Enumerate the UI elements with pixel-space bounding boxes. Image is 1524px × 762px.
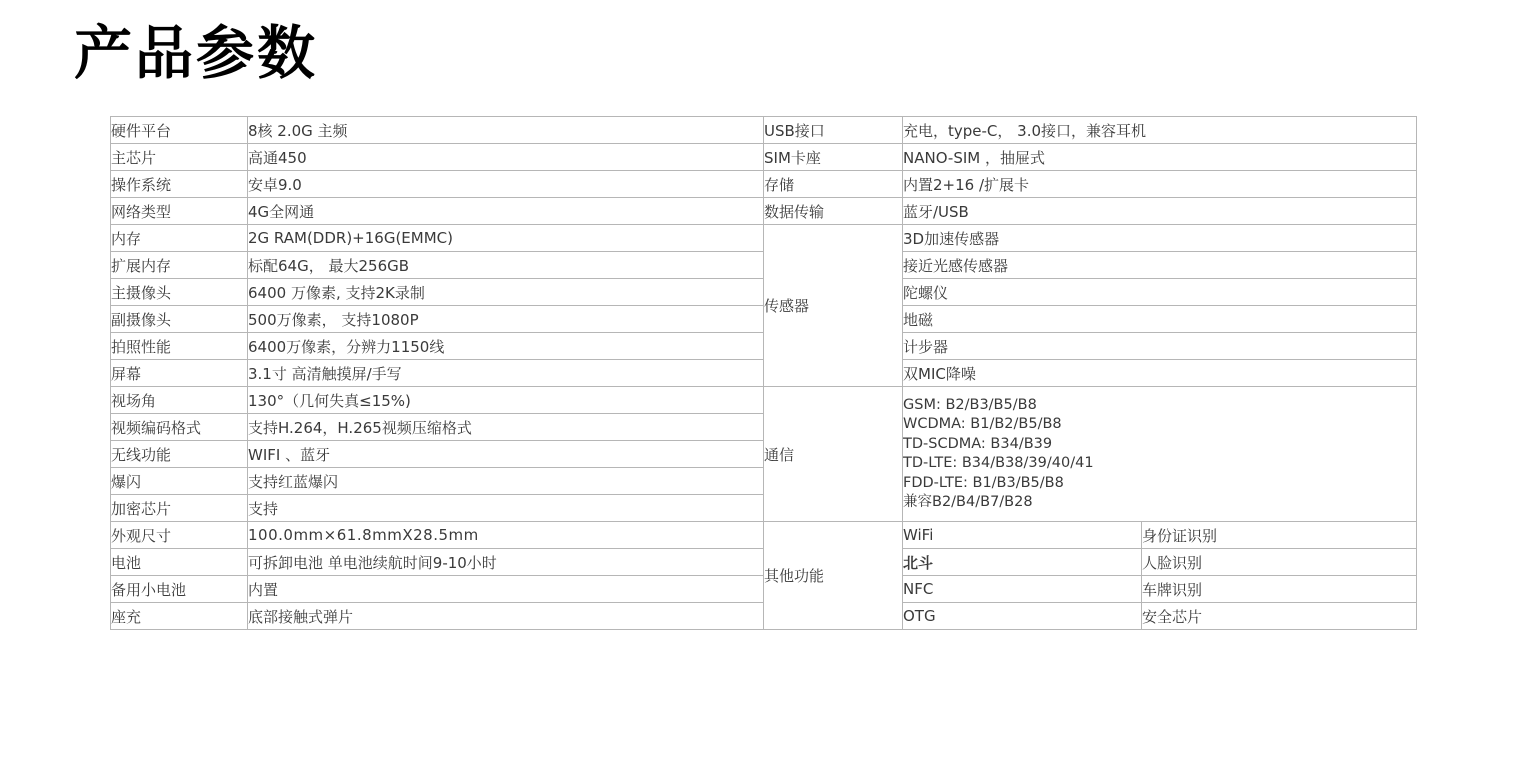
spec-value: 8核 2.0G 主频 — [248, 117, 764, 144]
table-row: 内存 2G RAM(DDR)+16G(EMMC) 传感器 3D加速传感器 — [111, 225, 1417, 252]
sensor-value: 双MIC降噪 — [903, 360, 1417, 387]
spec-label: USB接口 — [764, 117, 903, 144]
spec-value: 130°（几何失真≤15%) — [248, 387, 764, 414]
spec-label: 主摄像头 — [111, 279, 248, 306]
spec-value: 可拆卸电池 单电池续航时间9-10小时 — [248, 549, 764, 576]
other-group-label: 其他功能 — [764, 522, 903, 630]
spec-value: 支持 — [248, 495, 764, 522]
comm-band-line: GSM: B2/B3/B5/B8 — [903, 396, 1416, 416]
spec-label: 视频编码格式 — [111, 414, 248, 441]
spec-label: 硬件平台 — [111, 117, 248, 144]
spec-label: 备用小电池 — [111, 576, 248, 603]
table-row: 主芯片 高通450 SIM卡座 NANO-SIM ，抽屉式 — [111, 144, 1417, 171]
spec-value: 6400万像素，分辨力1150线 — [248, 333, 764, 360]
spec-value: WIFI 、蓝牙 — [248, 441, 764, 468]
comm-bands: GSM: B2/B3/B5/B8 WCDMA: B1/B2/B5/B8 TD-S… — [903, 387, 1417, 522]
other-function: 车牌识别 — [1142, 576, 1417, 603]
spec-value: 安卓9.0 — [248, 171, 764, 198]
spec-value: 充电，type-C， 3.0接口，兼容耳机 — [903, 117, 1417, 144]
spec-value: 底部接触式弹片 — [248, 603, 764, 630]
spec-value: 内置 — [248, 576, 764, 603]
spec-value: 100.0mm×61.8mmX28.5mm — [248, 522, 764, 549]
spec-table: 硬件平台 8核 2.0G 主频 USB接口 充电，type-C， 3.0接口，兼… — [110, 116, 1417, 630]
spec-label: 加密芯片 — [111, 495, 248, 522]
spec-value: 500万像素， 支持1080P — [248, 306, 764, 333]
comm-band-line: TD-LTE: B34/B38/39/40/41 — [903, 454, 1416, 474]
sensor-value: 3D加速传感器 — [903, 225, 1417, 252]
comm-group-label: 通信 — [764, 387, 903, 522]
sensor-value: 计步器 — [903, 333, 1417, 360]
spec-value: 内置2+16 /扩展卡 — [903, 171, 1417, 198]
other-feature: WiFi — [903, 522, 1142, 549]
spec-label: 拍照性能 — [111, 333, 248, 360]
spec-label: 电池 — [111, 549, 248, 576]
spec-value: 支持H.264，H.265视频压缩格式 — [248, 414, 764, 441]
sensor-value: 陀螺仪 — [903, 279, 1417, 306]
spec-label: 扩展内存 — [111, 252, 248, 279]
spec-label: 副摄像头 — [111, 306, 248, 333]
other-feature: NFC — [903, 576, 1142, 603]
spec-label: 无线功能 — [111, 441, 248, 468]
comm-band-line: FDD-LTE: B1/B3/B5/B8 — [903, 474, 1416, 494]
spec-label: 网络类型 — [111, 198, 248, 225]
spec-value: NANO-SIM ，抽屉式 — [903, 144, 1417, 171]
other-function: 身份证识别 — [1142, 522, 1417, 549]
spec-label: 存储 — [764, 171, 903, 198]
comm-band-line: TD-SCDMA: B34/B39 — [903, 435, 1416, 455]
comm-band-line: WCDMA: B1/B2/B5/B8 — [903, 415, 1416, 435]
spec-label: 数据传输 — [764, 198, 903, 225]
sensor-value: 地磁 — [903, 306, 1417, 333]
other-feature: 北斗 — [903, 549, 1142, 576]
other-feature: OTG — [903, 603, 1142, 630]
spec-value: 支持红蓝爆闪 — [248, 468, 764, 495]
spec-value: 2G RAM(DDR)+16G(EMMC) — [248, 225, 764, 252]
sensor-value: 接近光感传感器 — [903, 252, 1417, 279]
table-row: 视场角 130°（几何失真≤15%) 通信 GSM: B2/B3/B5/B8 W… — [111, 387, 1417, 414]
product-spec-page: 产品参数 硬件平台 8核 2.0G 主频 USB接口 充电，type-C， 3.… — [0, 0, 1524, 762]
comm-band-line: 兼容B2/B4/B7/B28 — [903, 493, 1416, 513]
sensor-group-label: 传感器 — [764, 225, 903, 387]
spec-label: 外观尺寸 — [111, 522, 248, 549]
spec-label: 座充 — [111, 603, 248, 630]
page-title: 产品参数 — [74, 22, 318, 86]
spec-value: 3.1寸 高清触摸屏/手写 — [248, 360, 764, 387]
spec-value: 蓝牙/USB — [903, 198, 1417, 225]
spec-label: 爆闪 — [111, 468, 248, 495]
table-row: 硬件平台 8核 2.0G 主频 USB接口 充电，type-C， 3.0接口，兼… — [111, 117, 1417, 144]
spec-label: 视场角 — [111, 387, 248, 414]
spec-label: 主芯片 — [111, 144, 248, 171]
spec-label: SIM卡座 — [764, 144, 903, 171]
table-row: 网络类型 4G全网通 数据传输 蓝牙/USB — [111, 198, 1417, 225]
other-function: 人脸识别 — [1142, 549, 1417, 576]
spec-value: 标配64G， 最大256GB — [248, 252, 764, 279]
spec-value: 4G全网通 — [248, 198, 764, 225]
spec-label: 屏幕 — [111, 360, 248, 387]
other-function: 安全芯片 — [1142, 603, 1417, 630]
table-row: 操作系统 安卓9.0 存储 内置2+16 /扩展卡 — [111, 171, 1417, 198]
spec-value: 6400 万像素, 支持2K录制 — [248, 279, 764, 306]
table-row: 外观尺寸 100.0mm×61.8mmX28.5mm 其他功能 WiFi 身份证… — [111, 522, 1417, 549]
spec-value: 高通450 — [248, 144, 764, 171]
spec-label: 内存 — [111, 225, 248, 252]
spec-label: 操作系统 — [111, 171, 248, 198]
